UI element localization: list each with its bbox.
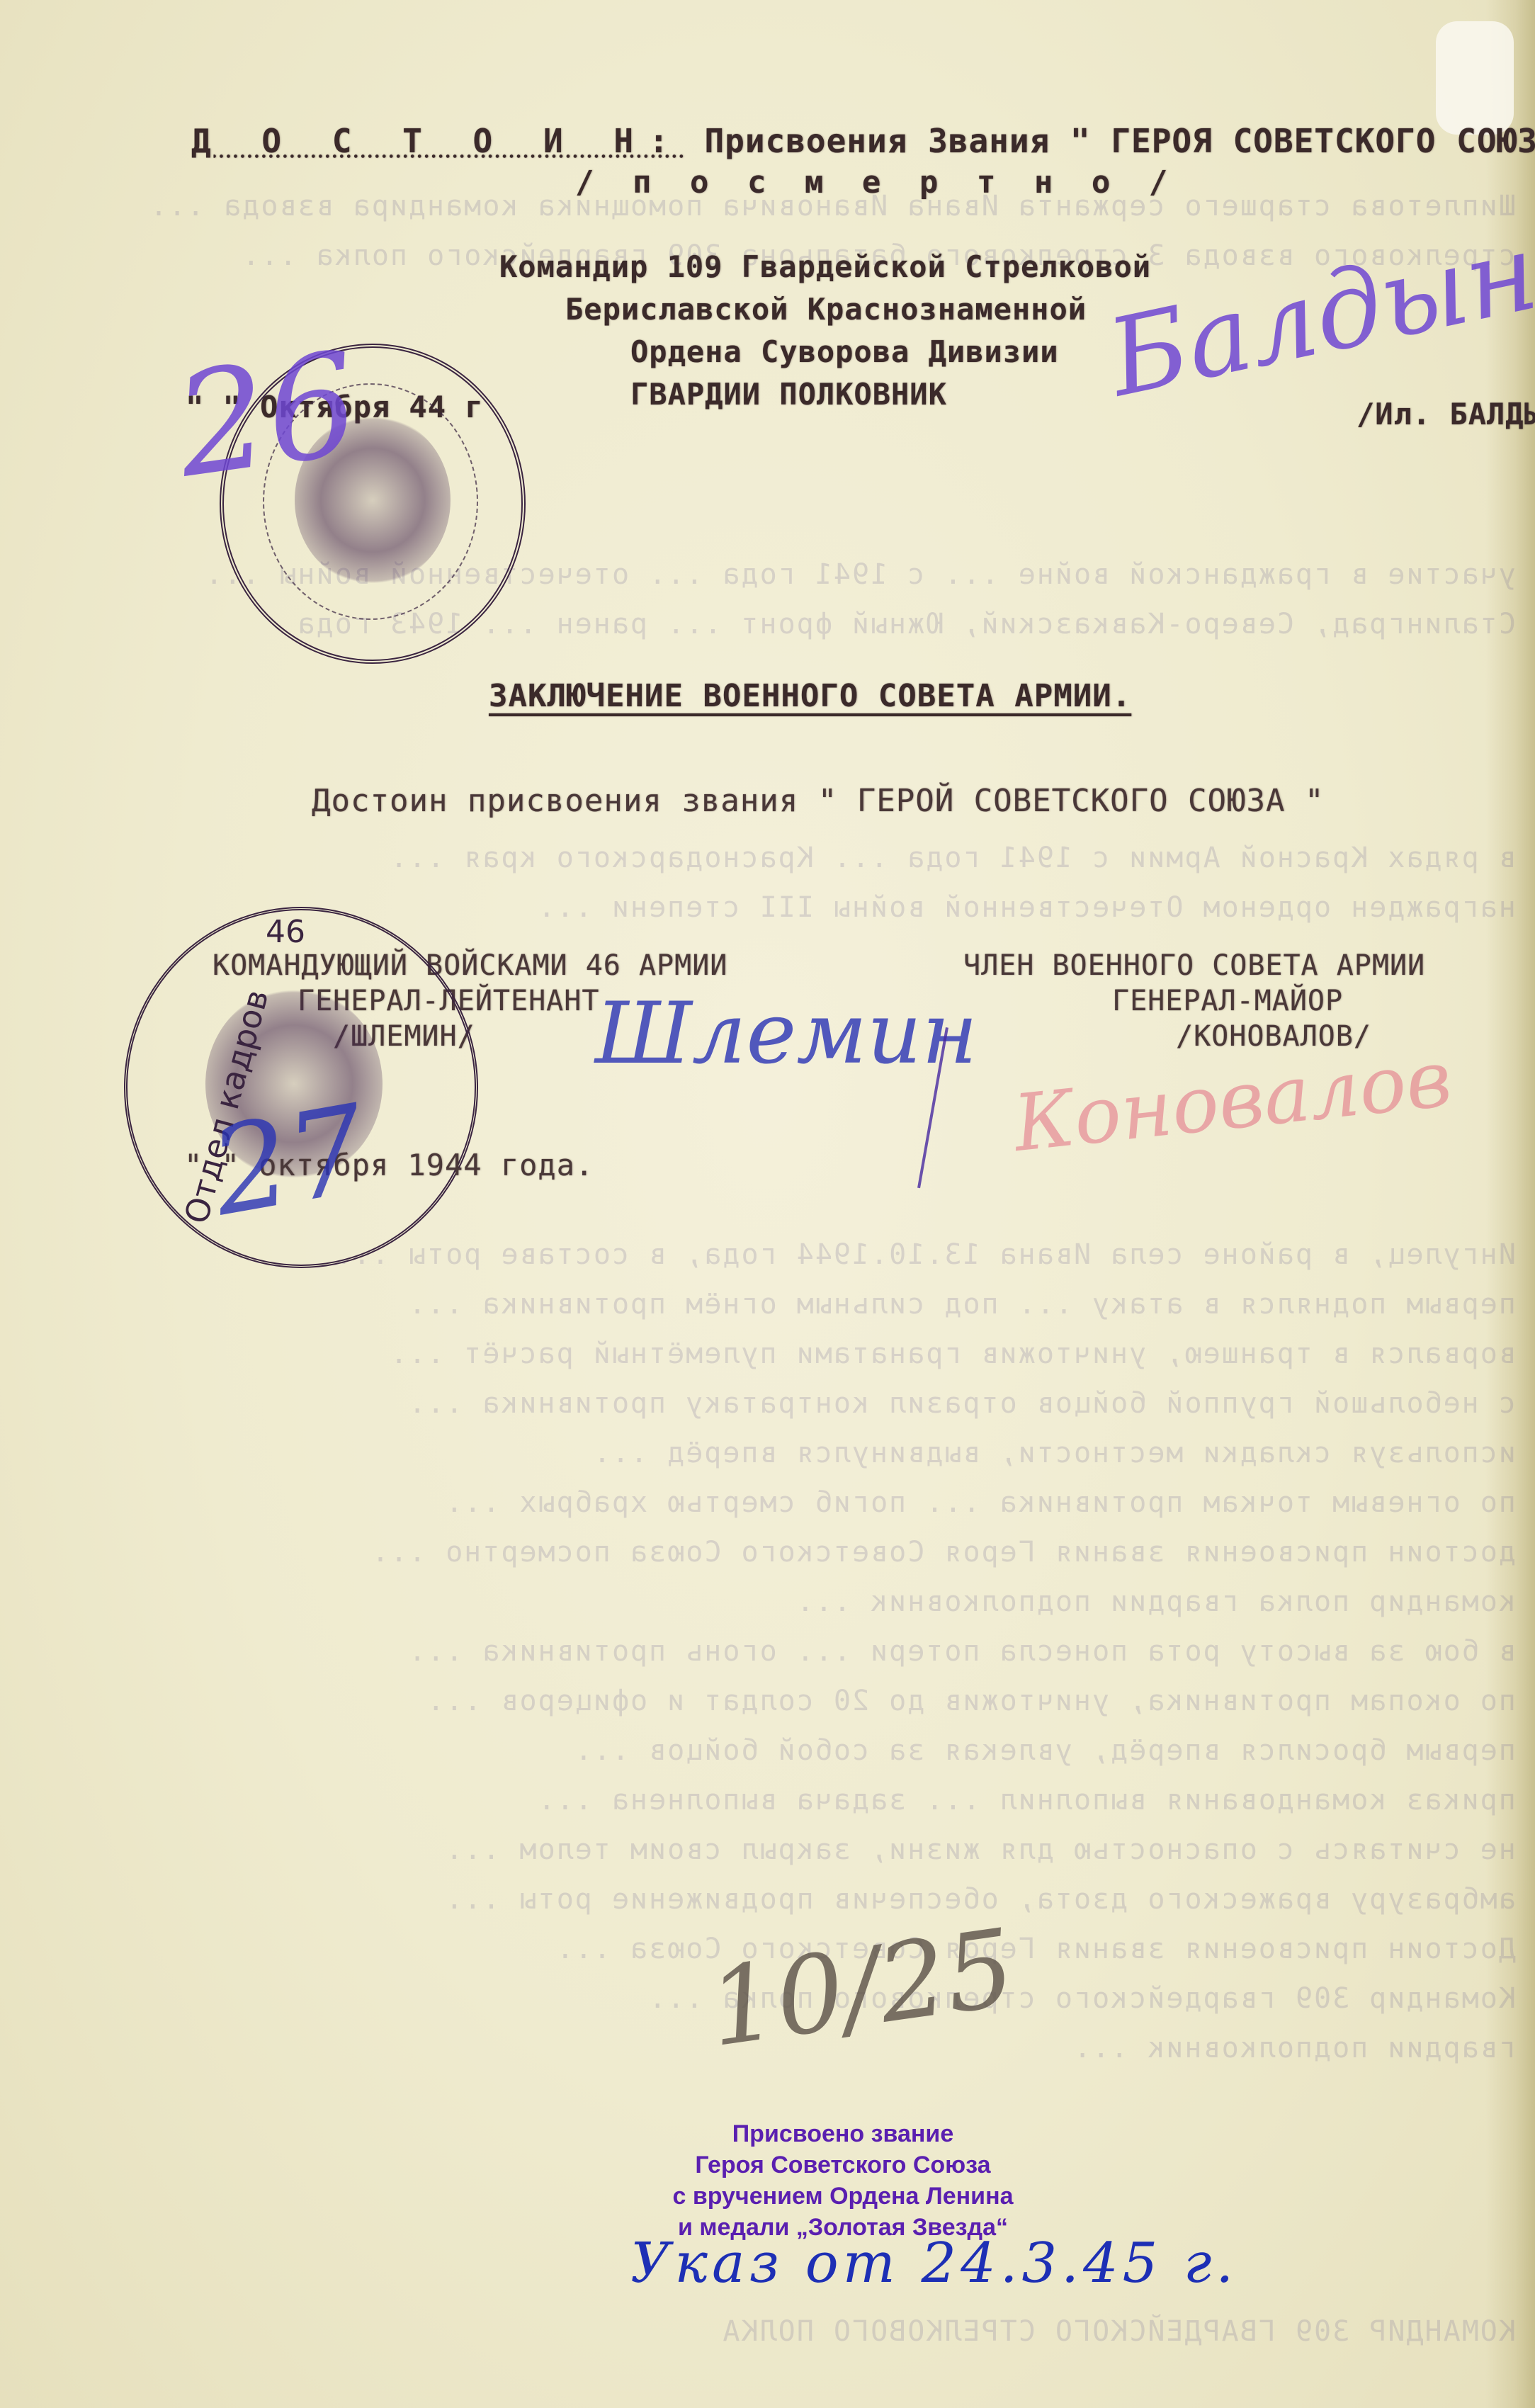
division-commander-line-3: Ордена Суворова Дивизии: [630, 334, 1059, 369]
document-page: Шиплетова старшего сержанта Ивана Иванов…: [0, 0, 1535, 2408]
council-member-title: ЧЛЕН ВОЕННОГО СОВЕТА АРМИИ: [963, 949, 1425, 982]
conclusion-verdict: Достоин присвоения звания " ГЕРОЙ СОВЕТС…: [312, 783, 1325, 819]
worthy-title: Присвоения Звания " ГЕРОЯ СОВЕТСКОГО СОЮ…: [704, 122, 1535, 160]
conclusion-title: ЗАКЛЮЧЕНИЕ ВОЕННОГО СОВЕТА АРМИИ.: [489, 678, 1131, 714]
army-commander-signature: Шлемин: [595, 985, 978, 1083]
seal-army-number: 46: [266, 914, 305, 950]
worthy-label: Д О С Т О И Н:: [191, 122, 684, 160]
council-member-signature: Коновалов: [1009, 1033, 1456, 1169]
award-stamp-line-2: Героя Советского Союза: [623, 2149, 1063, 2181]
council-member-rank: ГЕНЕРАЛ-МАЙОР: [1112, 985, 1343, 1017]
posthumous-label: / п о с м е р т н о /: [575, 164, 1177, 200]
division-commander-rank: ГВАРДИИ ПОЛКОВНИК: [630, 377, 947, 412]
handwritten-day-26: 26: [166, 321, 368, 509]
decree-note: Указ от 24.3.45 г.: [630, 2232, 1237, 2295]
division-commander-name: /Ил. БАЛДЫН: [1356, 397, 1535, 431]
division-commander-line-1: Командир 109 Гвардейской Стрелковой: [499, 249, 1151, 284]
paper-damage: [1436, 21, 1514, 135]
handwritten-day-27: 27: [201, 1079, 376, 1244]
award-stamp-line-1: Присвоено звание: [623, 2118, 1063, 2149]
header-worthy-line: Д О С Т О И Н: Присвоения Звания " ГЕРОЯ…: [191, 122, 1535, 160]
award-stamp-line-3: с вручением Ордена Ленина: [623, 2181, 1063, 2212]
division-commander-line-2: Бериславской Краснознаменной: [565, 292, 1087, 327]
award-stamp: Присвоено звание Героя Советского Союза …: [623, 2118, 1063, 2243]
